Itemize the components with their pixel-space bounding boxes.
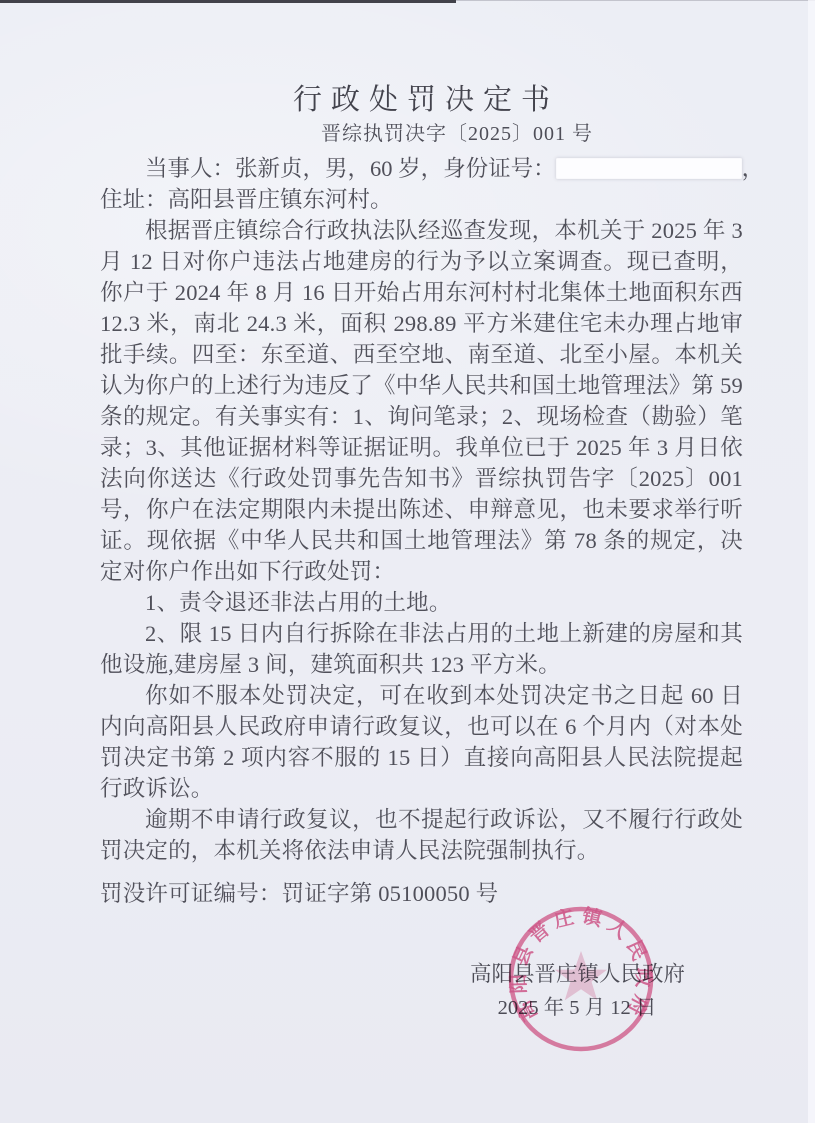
issue-date: 2025 年 5 月 12 日 — [470, 993, 684, 1023]
paragraph-enforcement: 逾期不申请行政复议，也不提起行政诉讼，又不履行行政处罚决定的，本机关将依法申请人… — [100, 804, 743, 866]
paragraph-penalty-item-2: 2、限 15 日内自行拆除在非法占用的土地上新建的房屋和其他设施,建房屋 3 间… — [100, 618, 743, 680]
document-number: 晋综执罚决字〔2025〕001 号 — [100, 120, 743, 148]
paragraph-facts: 根据晋庄镇综合行政执法队经巡查发现，本机关于 2025 年 3 月 12 日对你… — [100, 215, 743, 587]
scan-artifact-top-edge — [0, 0, 456, 3]
scanned-document-page: 行政处罚决定书 晋综执罚决字〔2025〕001 号 当事人：张新贞，男，60 岁… — [0, 0, 815, 1123]
redacted-id-number-box — [556, 158, 742, 179]
license-number-line: 罚没许可证编号：罚证字第 05100050 号 — [100, 878, 743, 909]
scan-artifact-right-edge — [808, 0, 815, 1123]
document-body: 当事人：张新贞，男，60 岁，身份证号：， 住址：高阳县晋庄镇东河村。 根据晋庄… — [100, 153, 743, 909]
signature-block: 高阳县晋庄镇人民政府 2025 年 5 月 12 日 — [470, 958, 684, 1023]
paragraph-penalty-item-1: 1、责令退还非法占用的土地。 — [100, 587, 743, 618]
paragraph-appeal-rights: 你如不服本处罚决定，可在收到本处罚决定书之日起 60 日内向高阳县人民政府申请行… — [100, 680, 743, 804]
document-title: 行政处罚决定书 — [100, 84, 743, 117]
party-line-2: 住址：高阳县晋庄镇东河村。 — [100, 184, 743, 215]
document-content: 行政处罚决定书 晋综执罚决字〔2025〕001 号 当事人：张新贞，男，60 岁… — [100, 84, 743, 909]
scan-artifact-top-edge-faint — [456, 0, 815, 1]
party-info-text: 当事人：张新贞，男，60 岁，身份证号： — [145, 156, 556, 181]
party-line-comma: ， — [742, 156, 765, 181]
party-line-1: 当事人：张新贞，男，60 岁，身份证号：， — [100, 153, 743, 184]
issuing-authority: 高阳县晋庄镇人民政府 — [470, 958, 684, 990]
